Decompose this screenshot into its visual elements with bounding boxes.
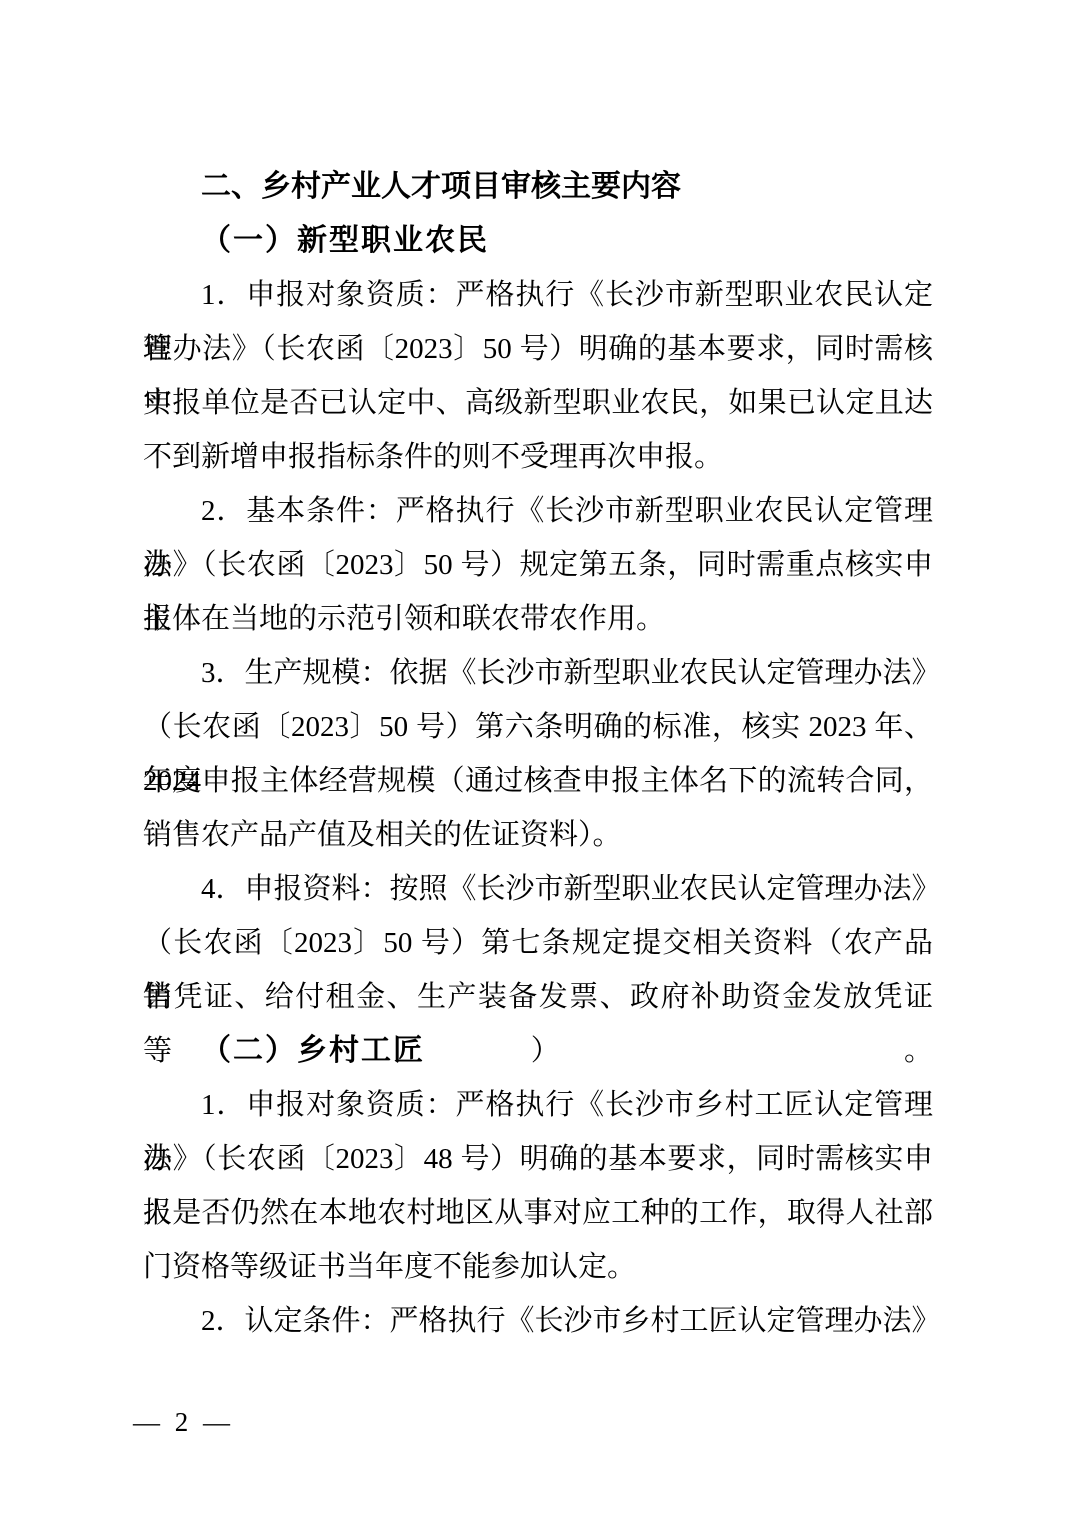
- body-text-line: （长农函〔2023〕50 号）第七条规定提交相关资料（农产品销: [143, 916, 933, 970]
- subsection-heading-1: （一）新型职业农民: [143, 214, 933, 268]
- body-text-line: 主体在当地的示范引领和联农带农作用。: [143, 592, 933, 646]
- body-text-line: 2．认定条件：严格执行《长沙市乡村工匠认定管理办法》: [143, 1294, 933, 1348]
- body-text-line: 4．申报资料：按照《长沙市新型职业农民认定管理办法》: [143, 862, 933, 916]
- body-text-line: 1．申报对象资质：严格执行《长沙市新型职业农民认定管: [143, 268, 933, 322]
- body-text-line: 1．申报对象资质：严格执行《长沙市乡村工匠认定管理办: [143, 1078, 933, 1132]
- body-text-line: 不到新增申报指标条件的则不受理再次申报。: [143, 430, 933, 484]
- document-page: 二、乡村产业人才项目审核主要内容 （一）新型职业农民 1．申报对象资质：严格执行…: [0, 0, 1074, 1520]
- body-text-line: 法》（长农函〔2023〕48 号）明确的基本要求，同时需核实申报: [143, 1132, 933, 1186]
- body-text-line: 门资格等级证书当年度不能参加认定。: [143, 1240, 933, 1294]
- body-text-line: 售凭证、给付租金、生产装备发票、政府补助资金发放凭证等）。: [143, 970, 933, 1024]
- body-text-line: 2．基本条件：严格执行《长沙市新型职业农民认定管理办: [143, 484, 933, 538]
- body-text-line: 理办法》（长农函〔2023〕50 号）明确的基本要求，同时需核实: [143, 322, 933, 376]
- body-text-line: 3．生产规模：依据《长沙市新型职业农民认定管理办法》: [143, 646, 933, 700]
- body-text-line: 人是否仍然在本地农村地区从事对应工种的工作，取得人社部: [143, 1186, 933, 1240]
- body-text-line: 法》（长农函〔2023〕50 号）规定第五条，同时需重点核实申报: [143, 538, 933, 592]
- section-heading: 二、乡村产业人才项目审核主要内容: [143, 160, 933, 214]
- document-body: 二、乡村产业人才项目审核主要内容 （一）新型职业农民 1．申报对象资质：严格执行…: [143, 160, 933, 1348]
- body-text-line: 销售农产品产值及相关的佐证资料）。: [143, 808, 933, 862]
- body-text-line: （长农函〔2023〕50 号）第六条明确的标准，核实 2023 年、2024: [143, 700, 933, 754]
- page-number: — 2 —: [133, 1402, 234, 1442]
- body-text-line: 申报单位是否已认定中、高级新型职业农民，如果已认定且达: [143, 376, 933, 430]
- body-text-line: 年度申报主体经营规模（通过核查申报主体名下的流转合同，: [143, 754, 933, 808]
